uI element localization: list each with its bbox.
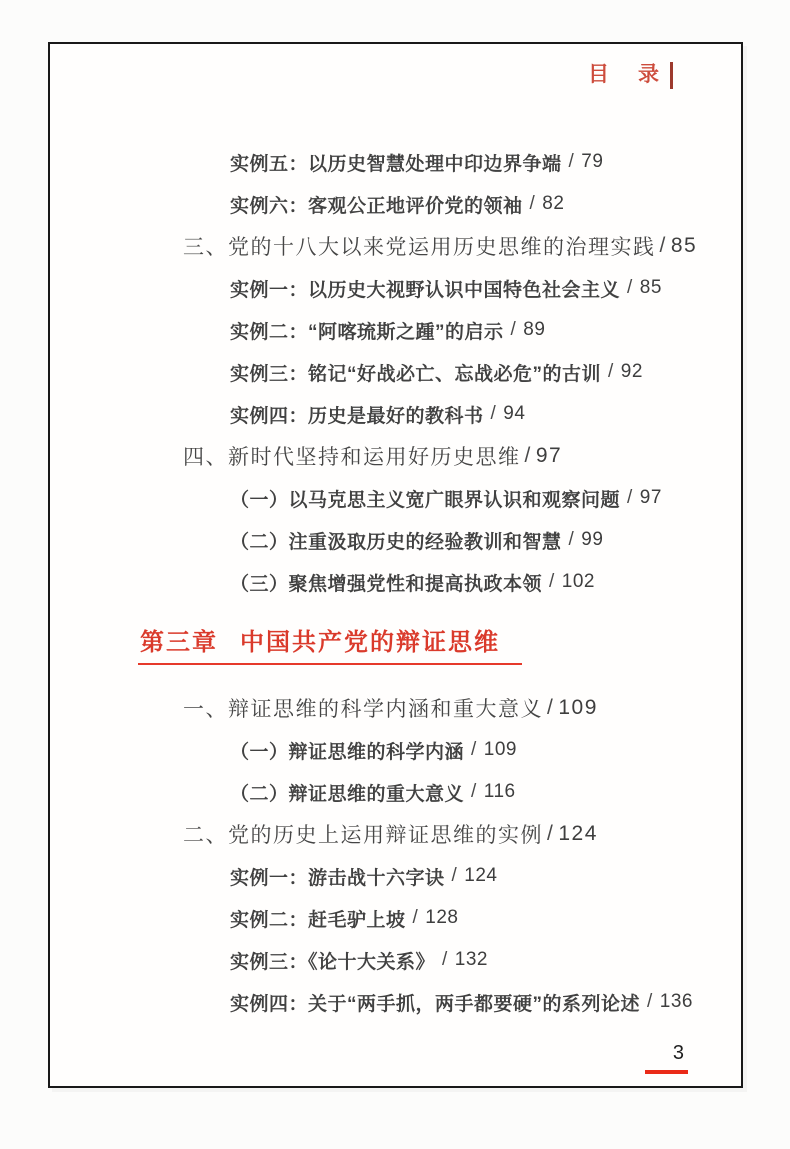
toc-entry-page: 109 bbox=[484, 739, 517, 761]
toc-entry-page: 99 bbox=[581, 529, 603, 551]
toc-entry-separator: / bbox=[530, 193, 536, 215]
toc-entry-label: 实例一：以历史大视野认识中国特色社会主义 bbox=[230, 275, 620, 302]
chapter-heading-text: 第三章中国共产党的辩证思维 bbox=[138, 622, 522, 665]
toc-entry-label: （二）注重汲取历史的经验教训和智慧 bbox=[230, 527, 562, 554]
toc-entry-separator: / bbox=[627, 487, 633, 509]
toc-entry: 一、辩证思维的科学内涵和重大意义/109 bbox=[50, 687, 741, 729]
toc-entry-page: 79 bbox=[581, 151, 603, 173]
page-frame: 目 录 实例五：以历史智慧处理中印边界争端/79实例六：客观公正地评价党的领袖/… bbox=[48, 42, 743, 1088]
toc-entry-separator: / bbox=[471, 781, 477, 803]
chapter-number: 第三章 bbox=[140, 629, 218, 656]
toc-entry-separator: / bbox=[569, 529, 575, 551]
toc-entry-label: 实例四：历史是最好的教科书 bbox=[230, 401, 484, 428]
toc-entry-label: （一）辩证思维的科学内涵 bbox=[230, 737, 464, 764]
toc-entry-separator: / bbox=[471, 739, 477, 761]
toc-entry: 实例三：铭记“好战必亡、忘战必危”的古训/92 bbox=[50, 351, 741, 393]
toc-entry-separator: / bbox=[511, 319, 517, 341]
toc-entry-label: 实例六：客观公正地评价党的领袖 bbox=[230, 191, 523, 218]
toc-entry: 实例六：客观公正地评价党的领袖/82 bbox=[50, 183, 741, 225]
toc-entry: （二）辩证思维的重大意义/116 bbox=[50, 771, 741, 813]
toc-entry: 实例一：游击战十六字诀/124 bbox=[50, 855, 741, 897]
toc-entry-label: 实例五：以历史智慧处理中印边界争端 bbox=[230, 149, 562, 176]
toc-entry-separator: / bbox=[547, 822, 554, 846]
toc-entry-label: 实例四：关于“两手抓，两手都要硬”的系列论述 bbox=[230, 989, 640, 1016]
toc-entry-label: 实例三：《论十大关系》 bbox=[230, 947, 435, 974]
toc-entry-page: 94 bbox=[503, 403, 525, 425]
toc-entry: 实例四：历史是最好的教科书/94 bbox=[50, 393, 741, 435]
toc-entry-separator: / bbox=[491, 403, 497, 425]
toc-entry-page: 124 bbox=[558, 822, 598, 846]
chapter-title: 中国共产党的辩证思维 bbox=[240, 629, 500, 656]
toc-entry-separator: / bbox=[442, 949, 448, 971]
toc-entry: 实例二：“阿喀琉斯之踵”的启示/89 bbox=[50, 309, 741, 351]
toc-entry-page: 82 bbox=[542, 193, 564, 215]
toc-entry: 实例一：以历史大视野认识中国特色社会主义/85 bbox=[50, 267, 741, 309]
toc-chapter-heading: 第三章中国共产党的辩证思维 bbox=[50, 617, 741, 669]
toc-entry: （三）聚焦增强党性和提高执政本领/102 bbox=[50, 561, 741, 603]
toc-entry: 实例四：关于“两手抓，两手都要硬”的系列论述/136 bbox=[50, 981, 741, 1023]
toc-entry-label: （一）以马克思主义宽广眼界认识和观察问题 bbox=[230, 485, 620, 512]
toc-entry-separator: / bbox=[569, 151, 575, 173]
toc-entry: 实例三：《论十大关系》/132 bbox=[50, 939, 741, 981]
toc-entry-separator: / bbox=[525, 444, 532, 468]
toc-entry-page: 92 bbox=[621, 361, 643, 383]
toc-entry-label: 实例二：“阿喀琉斯之踵”的启示 bbox=[230, 317, 504, 344]
toc-entry-separator: / bbox=[549, 571, 555, 593]
toc-entry-page: 89 bbox=[523, 319, 545, 341]
toc-entry-page: 136 bbox=[660, 991, 693, 1013]
toc-entry: 二、党的历史上运用辩证思维的实例/124 bbox=[50, 813, 741, 855]
toc-entry-label: 一、辩证思维的科学内涵和重大意义 bbox=[183, 693, 543, 723]
toc-entry-label: 实例一：游击战十六字诀 bbox=[230, 863, 445, 890]
page-footer: 3 bbox=[645, 1042, 688, 1074]
toc-entry: （一）以马克思主义宽广眼界认识和观察问题/97 bbox=[50, 477, 741, 519]
toc-entry-page: 132 bbox=[455, 949, 488, 971]
toc-entry-separator: / bbox=[647, 991, 653, 1013]
toc-entry-page: 85 bbox=[671, 234, 697, 258]
toc-entry-page: 109 bbox=[558, 696, 598, 720]
toc-entry-separator: / bbox=[413, 907, 419, 929]
book-scan: 目 录 实例五：以历史智慧处理中印边界争端/79实例六：客观公正地评价党的领袖/… bbox=[0, 0, 790, 1149]
toc-entry-label: （三）聚焦增强党性和提高执政本领 bbox=[230, 569, 542, 596]
toc-entry-label: 二、党的历史上运用辩证思维的实例 bbox=[183, 819, 543, 849]
toc-entry: 四、新时代坚持和运用好历史思维/97 bbox=[50, 435, 741, 477]
toc-entry-label: 三、党的十八大以来党运用历史思维的治理实践 bbox=[183, 231, 656, 261]
toc-entry-separator: / bbox=[660, 234, 667, 258]
toc-list: 实例五：以历史智慧处理中印边界争端/79实例六：客观公正地评价党的领袖/82三、… bbox=[50, 44, 741, 1023]
toc-entry-label: 实例二：赶毛驴上坡 bbox=[230, 905, 406, 932]
toc-entry-page: 116 bbox=[484, 781, 516, 803]
toc-entry-separator: / bbox=[452, 865, 458, 887]
toc-entry-page: 128 bbox=[425, 907, 458, 929]
page-number: 3 bbox=[645, 1042, 688, 1074]
toc-entry: （二）注重汲取历史的经验教训和智慧/99 bbox=[50, 519, 741, 561]
toc-entry-label: 实例三：铭记“好战必亡、忘战必危”的古训 bbox=[230, 359, 601, 386]
toc-entry-label: 四、新时代坚持和运用好历史思维 bbox=[183, 441, 521, 471]
toc-entry-page: 102 bbox=[562, 571, 595, 593]
toc-entry: 实例二：赶毛驴上坡/128 bbox=[50, 897, 741, 939]
toc-entry-page: 85 bbox=[640, 277, 662, 299]
toc-entry: 三、党的十八大以来党运用历史思维的治理实践/85 bbox=[50, 225, 741, 267]
toc-entry-separator: / bbox=[627, 277, 633, 299]
toc-entry: （一）辩证思维的科学内涵/109 bbox=[50, 729, 741, 771]
toc-entry-page: 97 bbox=[536, 444, 562, 468]
toc-entry-page: 97 bbox=[640, 487, 662, 509]
toc-entry: 实例五：以历史智慧处理中印边界争端/79 bbox=[50, 141, 741, 183]
toc-entry-page: 124 bbox=[464, 865, 497, 887]
toc-entry-separator: / bbox=[608, 361, 614, 383]
toc-entry-label: （二）辩证思维的重大意义 bbox=[230, 779, 464, 806]
toc-entry-separator: / bbox=[547, 696, 554, 720]
